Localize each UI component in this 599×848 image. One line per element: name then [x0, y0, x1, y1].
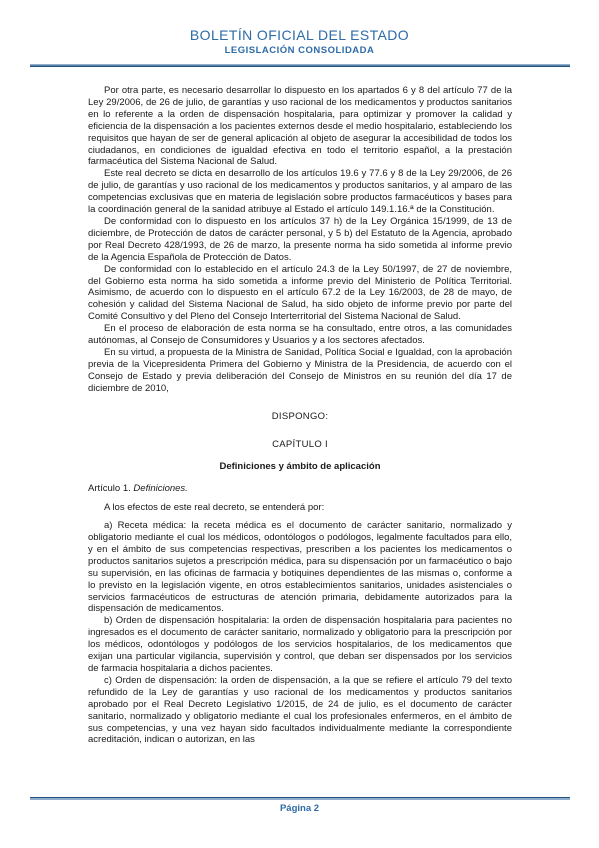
header-rule [30, 64, 570, 67]
page-footer: Página 2 [0, 797, 599, 814]
article-name: Definiciones. [133, 483, 187, 494]
definition-item-b: b) Orden de dispensación hospitalaria: l… [88, 615, 512, 675]
chapter-heading: CAPÍTULO I [88, 439, 512, 451]
boe-header: BOLETÍN OFICIAL DEL ESTADO LEGISLACIÓN C… [0, 0, 599, 67]
boe-title: BOLETÍN OFICIAL DEL ESTADO [0, 27, 599, 43]
intro-line: A los efectos de este real decreto, se e… [88, 502, 512, 514]
chapter-title: Definiciones y ámbito de aplicación [88, 461, 512, 473]
definition-item-c: c) Orden de dispensación: la orden de di… [88, 675, 512, 746]
definition-item-a: a) Receta médica: la receta médica es el… [88, 520, 512, 615]
paragraph-6: En su virtud, a propuesta de la Ministra… [88, 347, 512, 395]
footer-rule [30, 797, 570, 800]
document-body: Por otra parte, es necesario desarrollar… [88, 85, 512, 746]
paragraph-1: Por otra parte, es necesario desarrollar… [88, 85, 512, 168]
document-page: BOLETÍN OFICIAL DEL ESTADO LEGISLACIÓN C… [0, 0, 599, 848]
page-number: Página 2 [0, 803, 599, 814]
boe-subtitle: LEGISLACIÓN CONSOLIDADA [0, 45, 599, 57]
article-number: Artículo 1. [88, 483, 131, 494]
paragraph-3: De conformidad con lo dispuesto en los a… [88, 216, 512, 264]
dispongo-heading: DISPONGO: [88, 411, 512, 423]
paragraph-4: De conformidad con lo establecido en el … [88, 264, 512, 324]
paragraph-2: Este real decreto se dicta en desarrollo… [88, 168, 512, 216]
article-heading: Artículo 1. Definiciones. [88, 483, 512, 495]
paragraph-5: En el proceso de elaboración de esta nor… [88, 323, 512, 347]
